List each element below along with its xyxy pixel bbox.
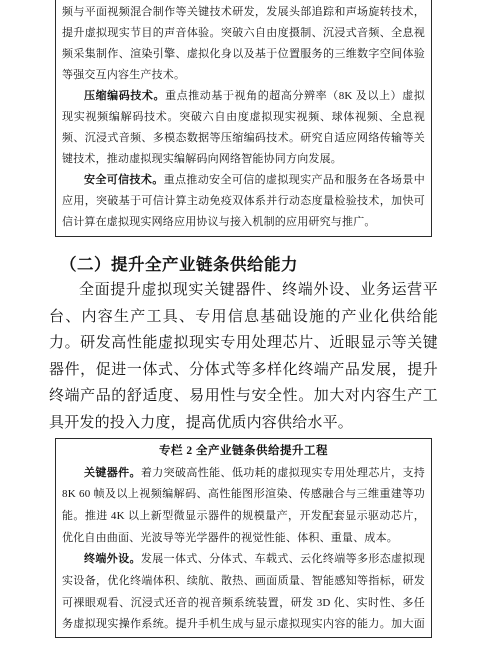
box2-title: 专栏 2 全产业链条供给提升工程 — [62, 441, 425, 463]
box1-security-trust-lead: 安全可信技术。 — [84, 174, 164, 186]
box1-paragraph-security-trust: 安全可信技术。重点推动安全可信的虚拟现实产品和服务在各场景中应用，突破基于可信计… — [62, 170, 425, 233]
section-heading: （二）提升全产业链条供给能力 — [60, 251, 298, 275]
box1-paragraph-continuation: 频与平面视频混合制作等关键技术研发，发展头部追踪和声场旋转技术，提升虚拟现实节目… — [62, 2, 425, 86]
box2-paragraph-key-components: 关键器件。着力突破高性能、低功耗的虚拟现实专用处理芯片，支持 8K 60 帧及以… — [62, 463, 425, 550]
box2-key-components-lead: 关键器件。 — [84, 467, 141, 479]
body-paragraph: 全面提升虚拟现实关键器件、终端外设、业务运营平台、内容生产工具、专用信息基础设施… — [49, 277, 438, 437]
box2-terminal-peripherals-body: 发展一体式、分体式、车载式、云化终端等多形态虚拟现实设备，优化终端体积、续航、散… — [62, 553, 425, 638]
box2-paragraph-terminal-peripherals: 终端外设。发展一体式、分体式、车载式、云化终端等多形态虚拟现实设备，优化终端体积… — [62, 549, 425, 638]
spec-box-2: 专栏 2 全产业链条供给提升工程 关键器件。着力突破高性能、低功耗的虚拟现实专用… — [55, 438, 432, 638]
document-page: 频与平面视频混合制作等关键技术研发，发展头部追踪和声场旋转技术，提升虚拟现实节目… — [0, 0, 488, 661]
box2-terminal-peripherals-lead: 终端外设。 — [84, 553, 141, 565]
box1-compression-coding-lead: 压缩编码技术。 — [84, 90, 165, 102]
box1-paragraph-compression-coding: 压缩编码技术。重点推动基于视角的超高分辨率（8K 及以上）虚拟现实视频编解码技术… — [62, 86, 425, 170]
spec-box-1: 频与平面视频混合制作等关键技术研发，发展头部追踪和声场旋转技术，提升虚拟现实节目… — [55, 0, 432, 237]
